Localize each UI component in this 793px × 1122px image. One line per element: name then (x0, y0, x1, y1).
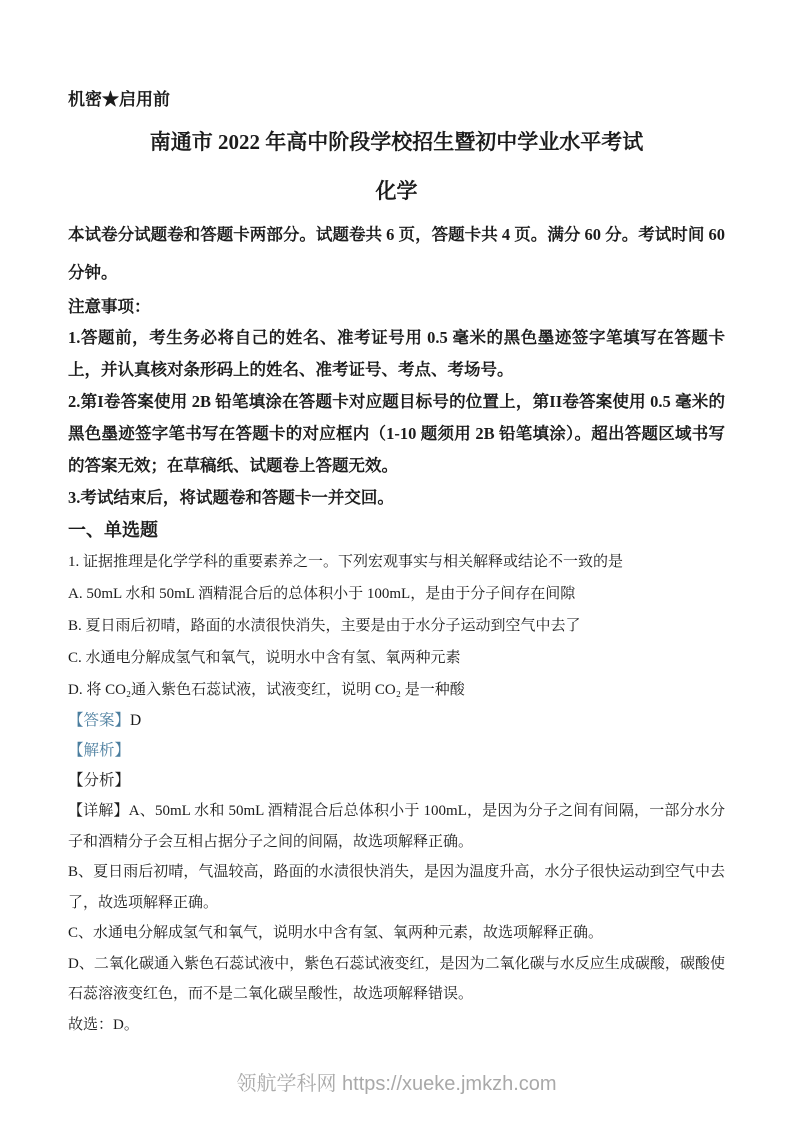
option-a: A. 50mL 水和 50mL 酒精混合后的总体积小于 100mL，是由于分子间… (68, 578, 725, 610)
section-heading: 一、单选题 (68, 514, 725, 546)
option-b: B. 夏日雨后初晴，路面的水渍很快消失，主要是由于水分子运动到空气中去了 (68, 610, 725, 642)
fenxi-label: 【分析】 (68, 772, 130, 789)
detail-paragraph-c: C、水通电分解成氢气和氧气，说明水中含有氢、氧两种元素，故选项解释正确。 (68, 918, 725, 949)
exam-intro: 本试卷分试题卷和答题卡两部分。试题卷共 6 页，答题卡共 4 页。满分 60 分… (68, 216, 725, 292)
exam-subject: 化学 (68, 177, 725, 206)
detail-paragraph-b: B、夏日雨后初晴，气温较高，路面的水渍很快消失，是因为温度升高，水分子很快运动到… (68, 857, 725, 918)
conclusion-line: 故选：D。 (68, 1010, 725, 1041)
option-c: C. 水通电分解成氢气和氧气，说明水中含有氢、氧两种元素 (68, 642, 725, 674)
answer-label: 【答案】 (68, 712, 130, 729)
option-d: D. 将 CO₂通入紫色石蕊试液，试液变红，说明 CO₂ 是一种酸 (68, 674, 725, 706)
notice-item-1: 1.答题前，考生务必将自己的姓名、准考证号用 0.5 毫米的黑色墨迹签字笔填写在… (68, 322, 725, 386)
notice-heading: 注意事项： (68, 292, 725, 322)
exam-document-page: 机密★启用前 南通市 2022 年高中阶段学校招生暨初中学业水平考试 化学 本试… (0, 0, 793, 1122)
exam-title: 南通市 2022 年高中阶段学校招生暨初中学业水平考试 (68, 128, 725, 157)
detail-paragraph-a: 【详解】A、50mL 水和 50mL 酒精混合后总体积小于 100mL，是因为分… (68, 796, 725, 857)
notice-item-2: 2.第I卷答案使用 2B 铅笔填涂在答题卡对应题目标号的位置上，第II卷答案使用… (68, 386, 725, 482)
answer-value: D (130, 712, 141, 729)
detail-explanation: 【详解】A、50mL 水和 50mL 酒精混合后总体积小于 100mL，是因为分… (68, 796, 725, 1040)
jiexi-label: 【解析】 (68, 742, 130, 759)
fenxi-line: 【分析】 (68, 766, 725, 796)
confidential-label: 机密★启用前 (68, 88, 725, 112)
document-content: 机密★启用前 南通市 2022 年高中阶段学校招生暨初中学业水平考试 化学 本试… (0, 0, 793, 1040)
jiexi-line: 【解析】 (68, 736, 725, 766)
question-stem: 1. 证据推理是化学学科的重要素养之一。下列宏观事实与相关解释或结论不一致的是 (68, 546, 725, 578)
answer-line: 【答案】D (68, 706, 725, 736)
detail-paragraph-d: D、二氧化碳通入紫色石蕊试液中，紫色石蕊试液变红，是因为二氧化碳与水反应生成碳酸… (68, 949, 725, 1010)
site-watermark: 领航学科网 https://xueke.jmkzh.com (0, 1067, 793, 1096)
notice-item-3: 3.考试结束后，将试题卷和答题卡一并交回。 (68, 482, 725, 514)
